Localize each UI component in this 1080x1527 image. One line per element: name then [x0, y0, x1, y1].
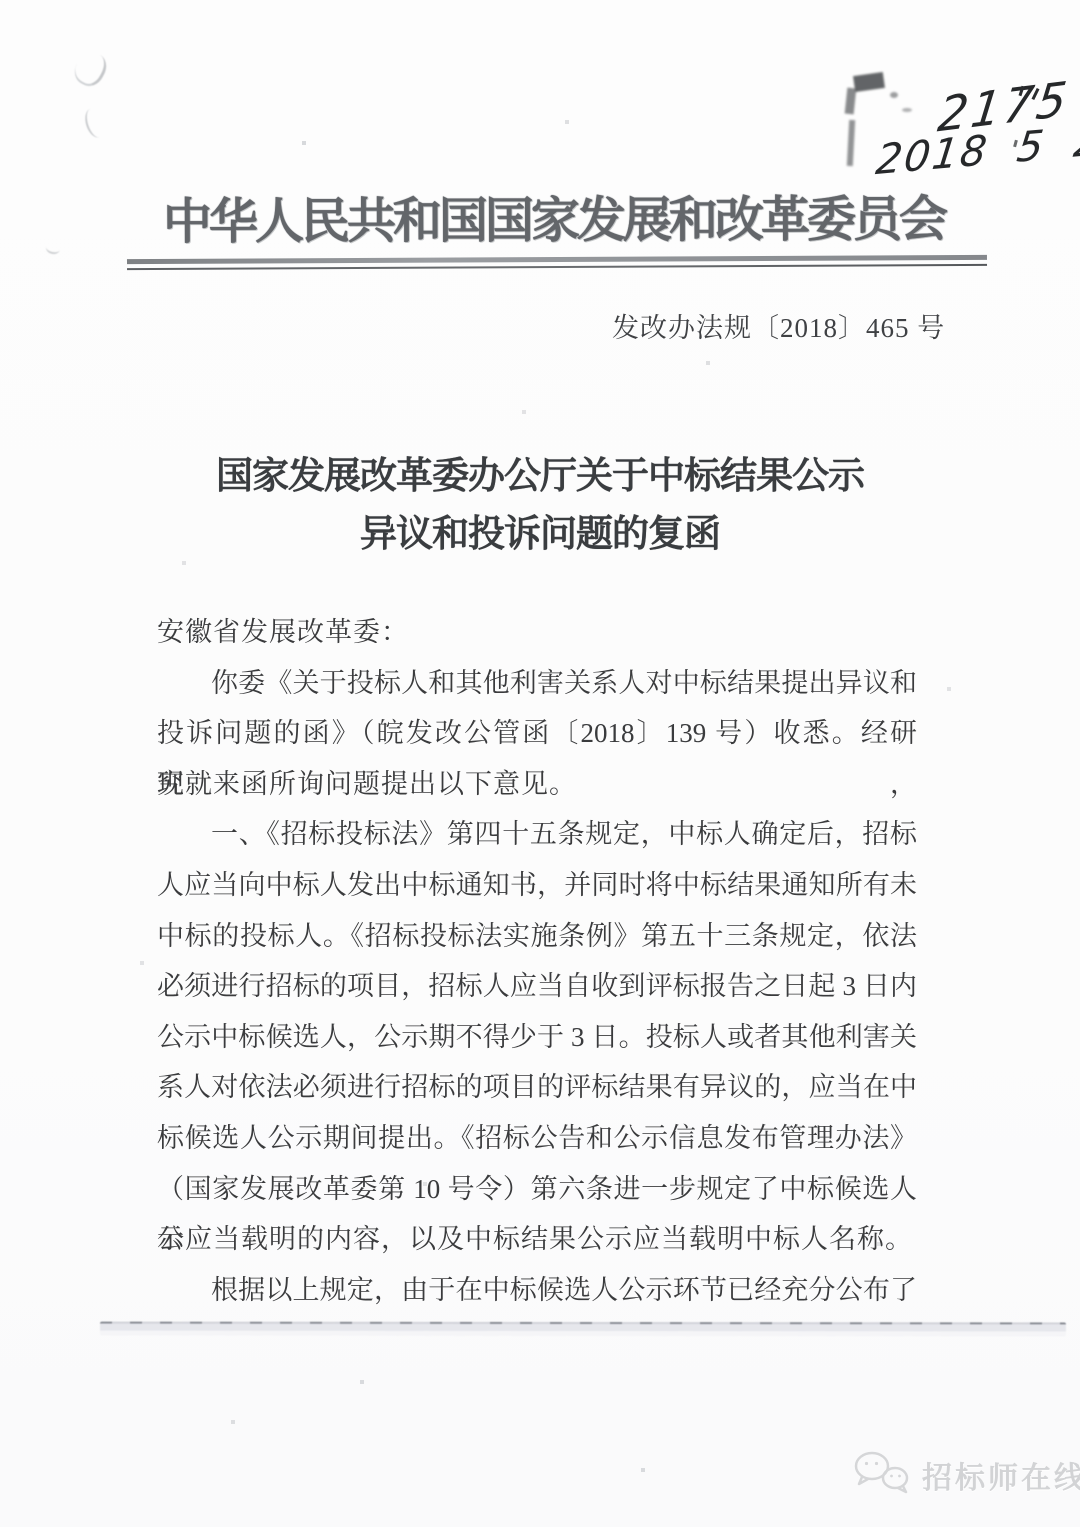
corner-smudge — [70, 47, 112, 91]
ink-blob — [890, 92, 898, 98]
ink-blob — [853, 72, 885, 92]
body-line: 安徽省发展改革委： — [157, 607, 917, 658]
document-title-line1: 国家发展改革委办公厅关于中标结果公示 — [0, 448, 1080, 506]
document-reference-number: 发改办法规〔2018〕465 号 — [612, 306, 945, 345]
wechat-icon — [850, 1448, 912, 1501]
body-text: 安徽省发展改革委：你委《关于投标人和其他利害关系人对中标结果提出异议和投诉问题的… — [157, 607, 917, 1315]
document-title: 国家发展改革委办公厅关于中标结果公示 异议和投诉问题的复函 — [0, 448, 1080, 564]
body-line: 你委《关于投标人和其他利害关系人对中标结果提出异议和 — [157, 658, 917, 709]
body-line: （国家发展改革委第 10 号令）第六条进一步规定了中标候选人公 — [157, 1164, 917, 1215]
scan-noise-specks — [0, 0, 2, 2]
document-title-line2: 异议和投诉问题的复函 — [0, 506, 1080, 564]
ink-blob — [902, 108, 912, 112]
body-line: 示应当载明的内容，以及中标结果公示应当载明中标人名称。 — [157, 1214, 917, 1265]
body-line: 一、《招标投标法》第四十五条规定，中标人确定后，招标 — [157, 809, 917, 860]
ink-blob — [847, 120, 855, 166]
body-line: 公示中标候选人，公示期不得少于 3 日。投标人或者其他利害关 — [157, 1012, 917, 1063]
ink-blob — [845, 88, 857, 115]
body-line: 投诉问题的函》（皖发改公管函〔2018〕139 号）收悉。经研究， — [157, 708, 917, 759]
page-edge-scan-band — [100, 1322, 1066, 1337]
corner-smudge — [82, 106, 108, 140]
document-page: 2175 2018 5 2 中华人民共和国国家发展和改革委员会 发改办法规〔20… — [0, 0, 1080, 1527]
body-line: 中标的投标人。《招标投标法实施条例》第五十三条规定，依法 — [157, 911, 917, 962]
watermark: 招标师在线 — [850, 1448, 1080, 1501]
body-line: 系人对依法必须进行招标的项目的评标结果有异议的，应当在中 — [157, 1062, 917, 1113]
agency-letterhead-title: 中华人民共和国国家发展和改革委员会 — [14, 180, 1080, 254]
body-line: 根据以上规定，由于在中标候选人公示环节已经充分公布了 — [157, 1265, 917, 1316]
body-line: 人应当向中标人发出中标通知书，并同时将中标结果通知所有未 — [157, 860, 917, 911]
watermark-label: 招标师在线 — [922, 1453, 1080, 1497]
body-line: 必须进行招标的项目，招标人应当自收到评标报告之日起 3 日内 — [157, 961, 917, 1012]
body-line: 标候选人公示期间提出。《招标公告和公示信息发布管理办法》 — [157, 1113, 917, 1164]
letterhead-divider — [127, 255, 987, 270]
